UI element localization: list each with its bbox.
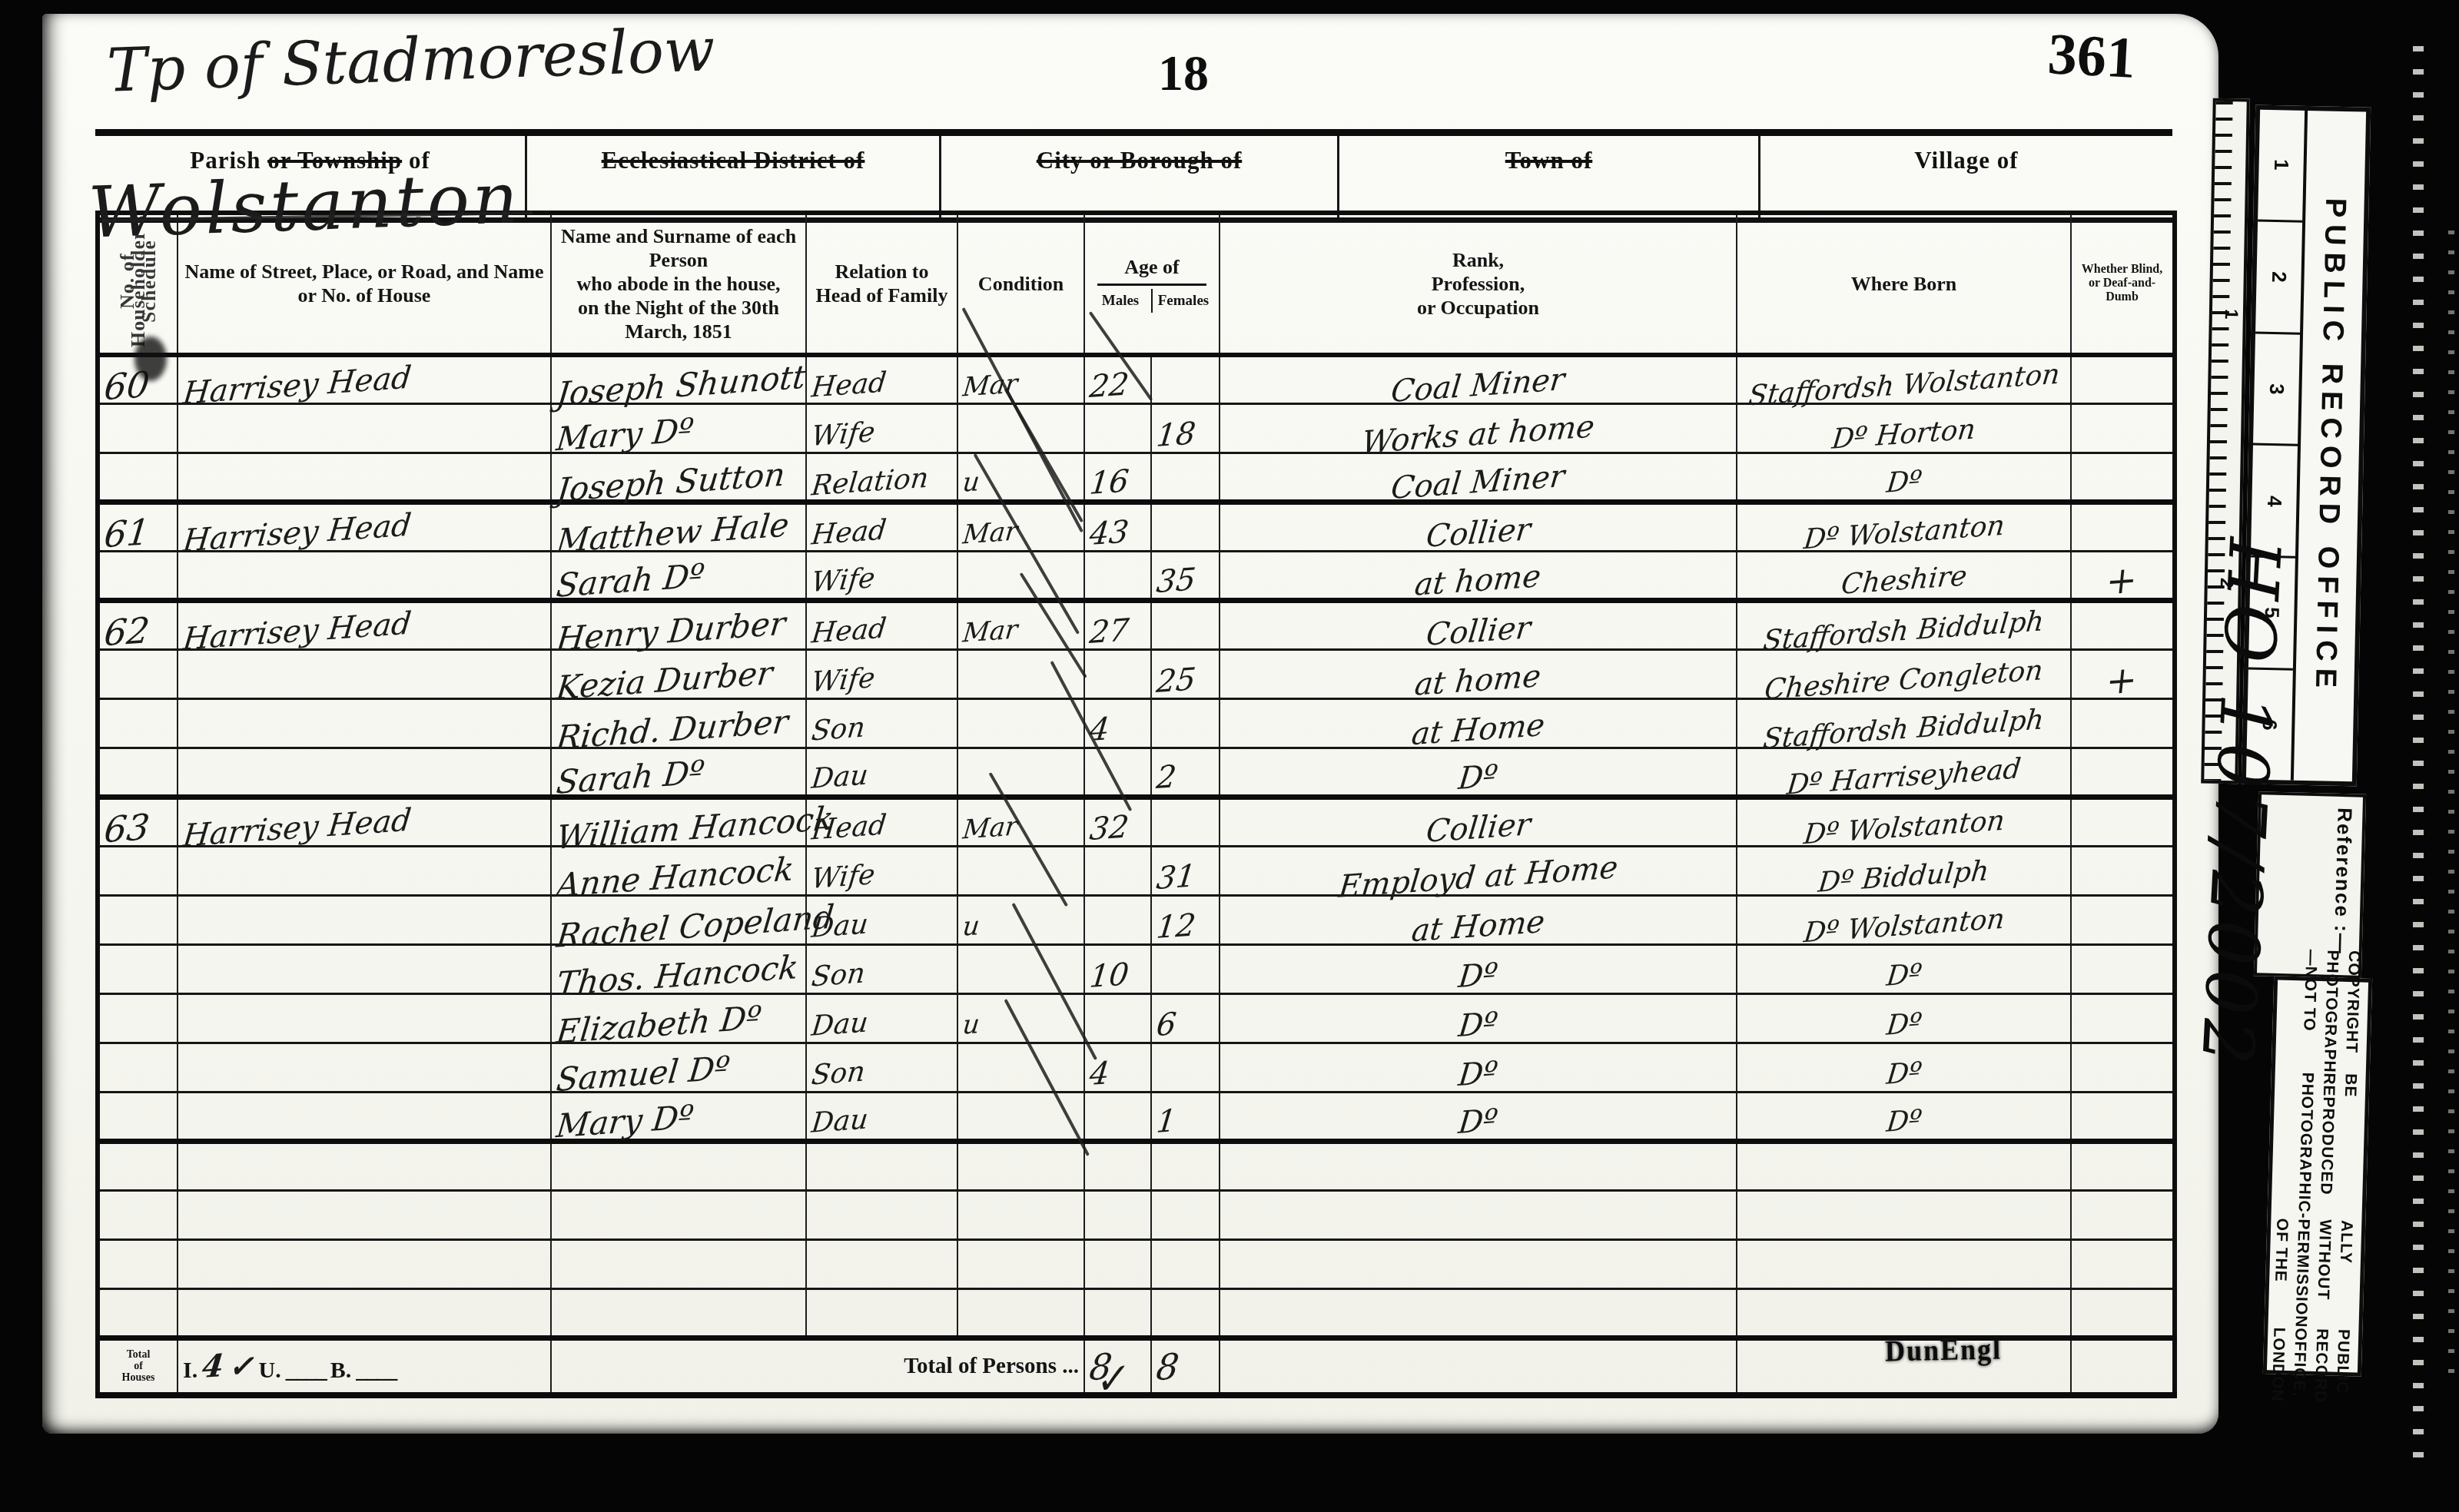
pro-cell-1: 1 [2258, 110, 2305, 223]
cell-condition [957, 404, 1084, 453]
census-row-18 [98, 1191, 2175, 1240]
cell-relation: Dau [806, 1093, 957, 1142]
cell-infirm [2071, 748, 2175, 797]
handwritten-occupation: Dº [1457, 1056, 1499, 1093]
cell-schedule [98, 847, 178, 896]
cell-name [551, 1191, 806, 1240]
cell-condition [957, 1240, 1084, 1289]
cell-name: Matthew Hale [551, 502, 806, 552]
banner-field-label: Ecclesiastical District of [602, 147, 865, 174]
cell-age_f: 1 [1151, 1093, 1220, 1142]
cell-born: Dº [1737, 453, 2071, 502]
cell-age_f: 31 [1151, 847, 1220, 896]
census-row-5: Sarah DºWife35at homeCheshire+ [98, 552, 2175, 601]
handwritten-age_f: 31 [1155, 859, 1197, 896]
handwritten-condition: Mar [961, 810, 1020, 847]
census-row-3: Joseph SuttonRelationu16Coal MinerDº [98, 453, 2175, 502]
cell-infirm [2071, 502, 2175, 552]
handwritten-age_m: 32 [1088, 810, 1130, 847]
cell-age_f [1151, 1142, 1220, 1191]
cell-schedule [98, 896, 178, 945]
handwritten-age_m: 43 [1088, 515, 1130, 552]
handwritten-relation: Son [810, 711, 867, 749]
cell-schedule [98, 1191, 178, 1240]
total-persons-label: Total of Persons ... [551, 1338, 1084, 1395]
census-row-10: 63Harrisey HeadWilliam HancockHeadMar32C… [98, 797, 2175, 847]
cell-schedule: 63 [98, 797, 178, 847]
cell-infirm: + [2071, 650, 2175, 699]
cell-name: Henry Durber [551, 601, 806, 650]
census-row-19 [98, 1240, 2175, 1289]
census-row-17 [98, 1142, 2175, 1191]
cell-born: Dº Wolstanton [1737, 502, 2071, 552]
cell-born [1737, 1142, 2071, 1191]
cell-age_f [1151, 453, 1220, 502]
cell-age_m [1084, 1240, 1151, 1289]
handwritten-name: Samuel Dº [555, 1051, 732, 1097]
cell-name: Mary Dº [551, 404, 806, 453]
handwritten-condition: u [961, 1007, 982, 1043]
cell-born [1737, 1191, 2071, 1240]
handwritten-relation: Son [810, 957, 867, 995]
cell-age_m [1084, 650, 1151, 699]
handwritten-age_f: 12 [1155, 908, 1197, 945]
cell-name: Elizabeth Dº [551, 994, 806, 1043]
cell-condition [957, 1043, 1084, 1093]
pro-cell-3: 3 [2253, 333, 2300, 446]
census-row-9: Sarah DºDau2DºDº Harriseyhead [98, 748, 2175, 797]
handwritten-condition: u [961, 909, 982, 944]
cell-street [178, 847, 551, 896]
handwritten-born: Dº Harriseyhead [1785, 753, 2023, 804]
handwritten-occupation: Coal Miner [1389, 363, 1566, 409]
handwritten-born: Dº Biddulph [1817, 854, 1990, 900]
cell-age_f: 35 [1151, 552, 1220, 601]
banner-field-2: City or Borough of [939, 136, 1337, 217]
column-header-born: Where Born [1737, 213, 2071, 355]
column-header-occupation: Rank,Profession,or Occupation [1220, 213, 1737, 355]
census-row-20 [98, 1289, 2175, 1338]
cell-age_m [1084, 994, 1151, 1043]
cell-age_m [1084, 896, 1151, 945]
cell-age_m [1084, 552, 1151, 601]
cell-infirm [2071, 1191, 2175, 1240]
cell-condition [957, 847, 1084, 896]
handwritten-age_f: 18 [1155, 416, 1197, 453]
column-header-name: Name and Surname of each Personwho abode… [551, 213, 806, 355]
handwritten-occupation: at Home [1410, 905, 1546, 949]
cell-occupation: Collier [1220, 601, 1737, 650]
handwritten-relation: Wife [810, 661, 877, 700]
cell-infirm [2071, 1093, 2175, 1142]
cell-schedule [98, 1043, 178, 1093]
film-sprocket-marks [2413, 46, 2424, 1467]
census-row-8: Richd. DurberSon4at HomeStaffordsh Biddu… [98, 699, 2175, 748]
cell-schedule [98, 748, 178, 797]
handwritten-occupation: at Home [1410, 708, 1546, 752]
handwritten-name: Elizabeth Dº [555, 1001, 763, 1049]
cell-street [178, 1093, 551, 1142]
banner-field-1: Ecclesiastical District of [525, 136, 939, 217]
handwritten-relation: Son [810, 1056, 867, 1093]
cell-age_f [1151, 699, 1220, 748]
handwritten-relation: Dau [810, 759, 870, 797]
cell-born: Dº Harriseyhead [1737, 748, 2071, 797]
handwritten-occupation: Coal Miner [1389, 459, 1566, 506]
tally-checkmark: ✓ [1090, 1354, 1130, 1404]
cell-name: Sarah Dº [551, 748, 806, 797]
cell-street [178, 994, 551, 1043]
handwritten-occupation: Collier [1424, 611, 1531, 652]
cell-schedule [98, 1289, 178, 1338]
handwritten-parish-value: Wolstanton [87, 157, 522, 254]
cell-name [551, 1142, 806, 1191]
pro-cell-2: 2 [2255, 221, 2302, 334]
handwritten-occupation: Collier [1424, 512, 1531, 554]
banner-field-label: City or Borough of [1037, 147, 1242, 174]
folio-number: 361 [2046, 21, 2137, 92]
banner-field-label: Town of [1505, 147, 1593, 174]
cell-relation: Dau [806, 994, 957, 1043]
cell-age_m [1084, 1191, 1151, 1240]
cell-schedule [98, 945, 178, 994]
handwritten-name: Joseph Sutton [555, 458, 787, 508]
census-row-7: Kezia DurberWife25at homeCheshire Congle… [98, 650, 2175, 699]
cell-relation [806, 1191, 957, 1240]
cell-age_f: 12 [1151, 896, 1220, 945]
handwritten-relation: Dau [810, 908, 870, 947]
cell-street: Harrisey Head [178, 502, 551, 552]
cell-infirm [2071, 601, 2175, 650]
cell-infirm [2071, 994, 2175, 1043]
cell-born: Cheshire [1737, 552, 2071, 601]
cell-condition [957, 1191, 1084, 1240]
totals-row: TotalofHousesI.4✓U.____B.____Total of Pe… [98, 1338, 2175, 1395]
cell-relation: Relation [806, 453, 957, 502]
cell-name: Richd. Durber [551, 699, 806, 748]
handwritten-relation: Head [810, 514, 888, 553]
cell-street [178, 1240, 551, 1289]
cell-born [1737, 1289, 2071, 1338]
cell-name: Rachel Copeland [551, 896, 806, 945]
handwritten-infirm: + [2105, 563, 2139, 599]
cell-born: Cheshire Congleton [1737, 650, 2071, 699]
cell-age_f [1151, 1289, 1220, 1338]
copyright-line-2: BE REPRODUCED PHOTOGRAPHIC- [2275, 1072, 2361, 1221]
census-row-6: 62Harrisey HeadHenry DurberHeadMar27Coll… [98, 601, 2175, 650]
census-document: Tp of Stadmoreslow 18 361 Parish or Town… [42, 14, 2218, 1434]
cell-age_m [1084, 404, 1151, 453]
cell-occupation: Coal Miner [1220, 453, 1737, 502]
handwritten-born: Dº Horton [1830, 413, 1977, 457]
census-row-15: Samuel DºSon4DºDº [98, 1043, 2175, 1093]
handwritten-name: Mary Dº [555, 1100, 695, 1144]
cell-occupation [1220, 1191, 1737, 1240]
cell-age_m: 32 [1084, 797, 1151, 847]
cell-age_m [1084, 847, 1151, 896]
cell-age_m: 43 [1084, 502, 1151, 552]
cell-street: Harrisey Head [178, 797, 551, 847]
cell-schedule: 61 [98, 502, 178, 552]
cell-schedule: 62 [98, 601, 178, 650]
handwritten-born: Dº Wolstanton [1802, 509, 2006, 558]
cell-occupation: at Home [1220, 896, 1737, 945]
handwritten-relation: Head [810, 366, 888, 406]
census-row-12: Rachel CopelandDauu12at HomeDº Wolstanto… [98, 896, 2175, 945]
cell-relation [806, 1240, 957, 1289]
cell-schedule [98, 699, 178, 748]
total-houses-label: TotalofHouses [98, 1338, 178, 1395]
handwritten-born: Dº [1884, 1007, 1923, 1044]
cell-condition [957, 1093, 1084, 1142]
cell-age_m: 16 [1084, 453, 1151, 502]
handwritten-born: Dº Wolstanton [1802, 804, 2006, 853]
cell-age_f: 18 [1151, 404, 1220, 453]
ruler-number: 1 [2220, 309, 2242, 320]
cell-street [178, 896, 551, 945]
copyright-line-3: ALLY WITHOUT PERMISSION OF THE [2272, 1219, 2357, 1330]
handwritten-schedule: 63 [103, 810, 151, 847]
census-table: No. of Householder's ScheduleName of Str… [95, 211, 2177, 1398]
handwritten-relation: Head [810, 809, 888, 848]
handwritten-age_f: 6 [1155, 1007, 1178, 1043]
cell-name [551, 1289, 806, 1338]
cell-occupation: Coal Miner [1220, 355, 1737, 404]
cell-schedule [98, 994, 178, 1043]
census-row-11: Anne HancockWife31Employd at HomeDº Bidd… [98, 847, 2175, 896]
cell-infirm [2071, 797, 2175, 847]
cell-age_f [1151, 1191, 1220, 1240]
cell-street [178, 453, 551, 502]
total-females: 8 [1151, 1338, 1220, 1395]
cell-street [178, 699, 551, 748]
cell-condition: Mar [957, 502, 1084, 552]
banner-field-label: Village of [1914, 147, 2018, 174]
handwritten-born: Cheshire [1839, 559, 1968, 602]
cell-schedule [98, 552, 178, 601]
cell-born: Dº [1737, 1043, 2071, 1093]
cell-age_f: 6 [1151, 994, 1220, 1043]
cell-condition [957, 945, 1084, 994]
handwritten-age_m: 4 [1088, 1056, 1111, 1092]
cell-relation: Wife [806, 552, 957, 601]
cell-street [178, 1142, 551, 1191]
handwritten-born: Dº [1884, 1104, 1923, 1141]
cell-born: Dº [1737, 1093, 2071, 1142]
handwritten-infirm: + [2105, 663, 2139, 699]
cell-street [178, 1191, 551, 1240]
totals-blank [1220, 1338, 1737, 1395]
handwritten-relation: Wife [810, 416, 877, 454]
handwritten-age_f: 2 [1155, 760, 1178, 795]
handwritten-age_f: 35 [1155, 562, 1197, 599]
handwritten-name: Sarah Dº [555, 755, 706, 800]
handwritten-age_m: 27 [1088, 613, 1130, 650]
film-sprocket-marks [2448, 230, 2454, 1383]
cell-infirm [2071, 1240, 2175, 1289]
cell-occupation [1220, 1142, 1737, 1191]
handwritten-age_f: 25 [1155, 662, 1197, 699]
handwritten-relation: Dau [810, 1103, 870, 1142]
cell-born: Dº [1737, 945, 2071, 994]
handwritten-occupation: Dº [1457, 957, 1499, 994]
census-row-16: Mary DºDau1DºDº [98, 1093, 2175, 1142]
handwritten-condition: u [961, 465, 982, 500]
cell-infirm [2071, 355, 2175, 404]
cell-name: William Hancock [551, 797, 806, 847]
cell-name: Kezia Durber [551, 650, 806, 699]
handwritten-name: Sarah Dº [555, 559, 706, 603]
cell-age_f [1151, 502, 1220, 552]
handwritten-relation: Wife [810, 858, 877, 897]
cell-born: Staffordsh Wolstanton [1737, 355, 2071, 404]
cell-age_m [1084, 1093, 1151, 1142]
handwritten-born: Dº [1884, 958, 1923, 995]
cell-born: Dº Horton [1737, 404, 2071, 453]
cell-infirm [2071, 1043, 2175, 1093]
cell-schedule [98, 1240, 178, 1289]
handwritten-condition: Mar [961, 613, 1020, 651]
cell-infirm [2071, 1289, 2175, 1338]
cell-relation: Wife [806, 404, 957, 453]
cell-condition [957, 1289, 1084, 1338]
handwritten-occupation: at home [1413, 559, 1542, 602]
cell-condition [957, 1142, 1084, 1191]
cell-street: Harrisey Head [178, 355, 551, 404]
printer-mark: DunEngl [1885, 1331, 2003, 1368]
census-row-2: Mary DºWife18Works at homeDº Horton [98, 404, 2175, 453]
cell-condition [957, 699, 1084, 748]
copyright-line-4: PUBLIC RECORD OFFICE, LONDON [2271, 1327, 2354, 1404]
cell-age_f [1151, 945, 1220, 994]
cell-street [178, 552, 551, 601]
handwritten-relation: Wife [810, 562, 877, 600]
cell-name: Joseph Sutton [551, 453, 806, 502]
reference-label: Reference :— [2329, 807, 2357, 955]
cell-street [178, 404, 551, 453]
cell-street [178, 1289, 551, 1338]
cell-relation: Head [806, 601, 957, 650]
cell-born: Dº Wolstanton [1737, 896, 2071, 945]
cell-age_m: 22 [1084, 355, 1151, 404]
cell-occupation: Dº [1220, 994, 1737, 1043]
handwritten-township: Tp of Stadmoreslow [106, 15, 716, 106]
cell-schedule [98, 404, 178, 453]
handwritten-schedule: 62 [103, 613, 151, 651]
cell-infirm [2071, 896, 2175, 945]
cell-age_f [1151, 1240, 1220, 1289]
copyright-line-1: COPYRIGHT PHOTOGRAPH—NOT TO [2280, 949, 2364, 1074]
cell-name: Sarah Dº [551, 552, 806, 601]
column-header-relation: Relation to Head of Family [806, 213, 957, 355]
cell-schedule [98, 453, 178, 502]
handwritten-occupation: Dº [1457, 759, 1499, 796]
cell-street [178, 650, 551, 699]
banner-field-3: Town of [1337, 136, 1758, 217]
cell-age_m: 4 [1084, 1043, 1151, 1093]
cell-occupation [1220, 1289, 1737, 1338]
cell-born: Dº Wolstanton [1737, 797, 2071, 847]
cell-born: Staffordsh Biddulph [1737, 601, 2071, 650]
handwritten-born: Dº Wolstanton [1802, 903, 2006, 951]
cell-age_f [1151, 797, 1220, 847]
page-number: 18 [1158, 45, 1209, 103]
cell-occupation: at home [1220, 650, 1737, 699]
handwritten-age_m: 22 [1088, 367, 1130, 404]
cell-age_f: 25 [1151, 650, 1220, 699]
cell-name [551, 1240, 806, 1289]
handwritten-occupation: Dº [1457, 1006, 1499, 1043]
cell-relation: Son [806, 1043, 957, 1093]
cell-born: Dº Biddulph [1737, 847, 2071, 896]
copyright-box: COPYRIGHT PHOTOGRAPH—NOT TOBE REPRODUCED… [2263, 976, 2372, 1376]
houses-iub: I.4✓U.____B.____ [178, 1338, 551, 1395]
cell-condition: Mar [957, 797, 1084, 847]
cell-condition: Mar [957, 355, 1084, 404]
cell-age_m: 10 [1084, 945, 1151, 994]
cell-name: Mary Dº [551, 1093, 806, 1142]
cell-relation [806, 1142, 957, 1191]
cell-infirm [2071, 945, 2175, 994]
column-header-infirm: Whether Blind, or Deaf-and-Dumb [2071, 213, 2175, 355]
handwritten-name: Mary Dº [555, 413, 695, 457]
cell-born [1737, 1240, 2071, 1289]
cell-schedule [98, 650, 178, 699]
census-row-4: 61Harrisey HeadMatthew HaleHeadMar43Coll… [98, 502, 2175, 552]
cell-born: Dº [1737, 994, 2071, 1043]
cell-infirm [2071, 847, 2175, 896]
cell-relation [806, 1289, 957, 1338]
cell-age_f [1151, 1043, 1220, 1093]
cell-infirm [2071, 1142, 2175, 1191]
cell-age_m [1084, 1289, 1151, 1338]
cell-born: Staffordsh Biddulph [1737, 699, 2071, 748]
cell-occupation: Dº [1220, 945, 1737, 994]
banner-field-4: Village of [1758, 136, 2172, 217]
cell-street [178, 748, 551, 797]
cell-age_f [1151, 601, 1220, 650]
cell-name: Joseph Shunott [551, 355, 806, 404]
cell-condition [957, 748, 1084, 797]
cell-occupation: at Home [1220, 699, 1737, 748]
cell-age_f: 2 [1151, 748, 1220, 797]
cell-occupation: Dº [1220, 1093, 1737, 1142]
handwritten-occupation: Collier [1424, 807, 1531, 849]
handwritten-name: Kezia Durber [555, 656, 775, 705]
handwritten-age_m: 4 [1088, 712, 1111, 748]
census-row-14: Elizabeth DºDauu6DºDº [98, 994, 2175, 1043]
cell-name: Samuel Dº [551, 1043, 806, 1093]
cell-street: Harrisey Head [178, 601, 551, 650]
ink-blob [134, 337, 167, 381]
handwritten-relation: Dau [810, 1006, 870, 1045]
handwritten-occupation: Dº [1457, 1103, 1499, 1140]
cell-age_m [1084, 1142, 1151, 1191]
cell-occupation: Collier [1220, 797, 1737, 847]
cell-occupation: Collier [1220, 502, 1737, 552]
cell-relation: Wife [806, 847, 957, 896]
cell-infirm: + [2071, 552, 2175, 601]
cell-relation: Son [806, 699, 957, 748]
cell-occupation: Works at home [1220, 404, 1737, 453]
cell-age_f [1151, 355, 1220, 404]
handwritten-relation: Head [810, 612, 888, 652]
handwritten-age_m: 10 [1088, 957, 1130, 994]
census-row-13: Thos. HancockSon10DºDº [98, 945, 2175, 994]
handwritten-age_f: 1 [1155, 1104, 1178, 1139]
cell-occupation: Dº [1220, 1043, 1737, 1093]
handwritten-age_m: 16 [1088, 464, 1130, 501]
